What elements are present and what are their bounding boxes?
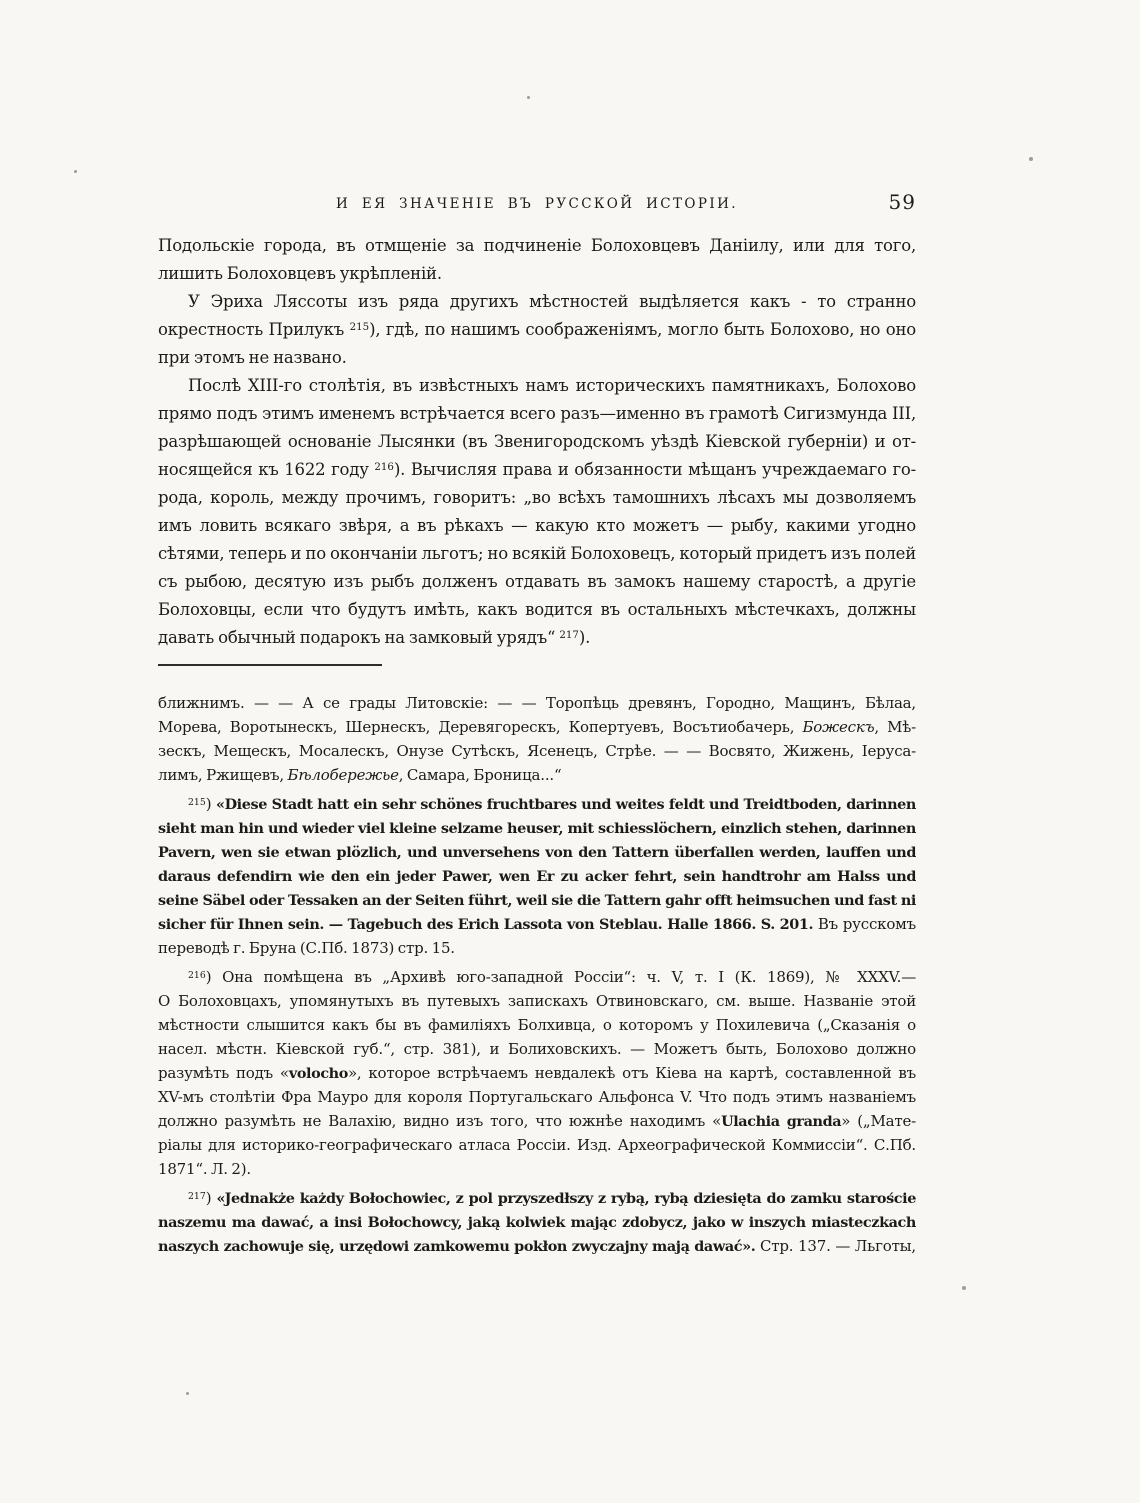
text-segment: ). Вычисляя права и обязанности мѣщанъ у…: [394, 460, 916, 479]
latin-text: sieht man hin und wieder viel kleine sel…: [158, 820, 916, 840]
scan-speck: [186, 1392, 189, 1395]
page-content: И ЕЯ ЗНАЧЕНІЕ ВЪ РУССКОЙ ИСТОРІИ. 59 Под…: [158, 196, 916, 1263]
text-segment: лимъ, Ржищевъ,: [158, 766, 288, 784]
scan-speck: [527, 96, 530, 99]
text-line: насел. мѣстн. Кіевской губ.“, стр. 381),…: [158, 1037, 916, 1061]
text-line: 1871“. Л. 2).: [158, 1157, 916, 1181]
text-line: Pavern, wen sie etwan plözlich, und unve…: [158, 840, 916, 864]
text-line: 216) Она помѣщена въ „Архивѣ юго-западно…: [158, 965, 916, 989]
text-segment: Болоховцы, если что будутъ имѣть, какъ в…: [158, 600, 916, 619]
text-line: У Эриха Ляссоты изъ ряда другихъ мѣстнос…: [158, 288, 916, 316]
latin-text: sicher für Ihnen sein. — Tagebuch des Er…: [158, 916, 813, 933]
scan-speck: [1029, 157, 1033, 161]
latin-text: seine Säbel oder Tessaken an der Seiten …: [158, 892, 916, 909]
text-segment: окрестность Прилукъ: [158, 320, 350, 339]
footnote-reference: 215: [188, 797, 206, 808]
body-text: Подольскіе города, въ отмщеніе за подчин…: [158, 232, 916, 652]
text-segment: XV-мъ столѣтіи Фра Мауро для короля Порт…: [158, 1088, 916, 1106]
text-segment: носящейся къ 1622 году: [158, 460, 374, 479]
text-segment: ), гдѣ, по нашимъ соображеніямъ, могло б…: [369, 320, 916, 339]
text-line: ближнимъ. — — А се грады Литовскіе: — — …: [158, 691, 916, 715]
text-line: прямо подъ этимъ именемъ встрѣчается все…: [158, 400, 916, 428]
text-line: sieht man hin und wieder viel kleine sel…: [158, 816, 916, 840]
text-segment: ).: [579, 628, 590, 647]
text-line: окрестность Прилукъ 215), гдѣ, по нашимъ…: [158, 316, 916, 344]
text-line: Морева, Воротынескъ, Шернескъ, Деревягор…: [158, 715, 916, 739]
text-segment: лишить Болоховцевъ укрѣпленій.: [158, 264, 442, 283]
text-line: сѣтями, теперь и по окончаніи льготъ; но…: [158, 540, 916, 568]
text-segment: Подольскіе города, въ отмщеніе за подчин…: [158, 236, 916, 260]
text-segment: Морева, Воротынескъ, Шернескъ, Деревягор…: [158, 718, 802, 736]
text-segment: разрѣшающей основаніе Лысянки (въ Звениг…: [158, 432, 916, 451]
footnote-reference: 216: [188, 970, 206, 981]
text-segment: рода, король, между прочимъ, говоритъ: „…: [158, 488, 916, 507]
text-segment: насел. мѣстн. Кіевской губ.“, стр. 381),…: [158, 1040, 916, 1058]
text-segment: зескъ, Мещескъ, Мосалескъ, Онузе Сутѣскъ…: [158, 742, 916, 760]
text-segment: сѣтями, теперь и по окончаніи льготъ; но…: [158, 544, 916, 563]
scan-speck: [962, 1286, 966, 1290]
scan-speck: [74, 170, 77, 173]
text-segment: разумѣть подъ «: [158, 1064, 289, 1082]
running-header-title: И ЕЯ ЗНАЧЕНІЕ ВЪ РУССКОЙ ИСТОРІИ.: [158, 196, 916, 212]
text-line: съ рыбою, десятую изъ рыбъ долженъ отдав…: [158, 568, 916, 596]
footnote-217: 217) «Jednakże każdy Bołochowiec, z pol …: [158, 1186, 916, 1258]
latin-text: Pavern, wen sie etwan plözlich, und unve…: [158, 844, 916, 864]
text-segment: прямо подъ этимъ именемъ встрѣчается все…: [158, 404, 916, 423]
paragraph-sigismund-charter: Послѣ XIII-го столѣтія, въ извѣстныхъ на…: [158, 372, 916, 652]
paragraph-continuation: Подольскіе города, въ отмщеніе за подчин…: [158, 232, 916, 288]
footnote-reference: 216: [374, 462, 394, 473]
running-header: И ЕЯ ЗНАЧЕНІЕ ВЪ РУССКОЙ ИСТОРІИ. 59: [158, 196, 916, 218]
text-line: XV-мъ столѣтіи Фра Мауро для короля Порт…: [158, 1085, 916, 1109]
text-line: 217) «Jednakże każdy Bołochowiec, z pol …: [158, 1186, 916, 1210]
latin-text: Ulachia granda: [721, 1113, 841, 1130]
text-line: naszemu ma dawać, a insi Bołochowcy, jak…: [158, 1210, 916, 1234]
text-segment: ): [206, 795, 216, 813]
text-line: переводѣ г. Бруна (С.Пб. 1873) стр. 15.: [158, 936, 916, 960]
text-line: зескъ, Мещескъ, Мосалескъ, Онузе Сутѣскъ…: [158, 739, 916, 763]
text-line: Болоховцы, если что будутъ имѣть, какъ в…: [158, 596, 916, 624]
footnote-215: 215) «Diese Stadt hatt ein sehr schönes …: [158, 792, 916, 960]
text-line: рода, король, между прочимъ, говоритъ: „…: [158, 484, 916, 512]
latin-text: «Jednakże każdy Bołochowiec, z pol przys…: [217, 1190, 916, 1207]
text-segment: ріалы для историко-географическаго атлас…: [158, 1136, 916, 1154]
text-line: seine Säbel oder Tessaken an der Seiten …: [158, 888, 916, 912]
text-line: daraus defendirn wie den ein jeder Pawer…: [158, 864, 916, 888]
text-line: Подольскіе города, въ отмщеніе за подчин…: [158, 232, 916, 260]
text-line: разрѣшающей основаніе Лысянки (въ Звениг…: [158, 428, 916, 456]
text-line: при этомъ не названо.: [158, 344, 916, 372]
text-segment: при этомъ не названо.: [158, 348, 347, 367]
text-segment: переводѣ г. Бруна (С.Пб. 1873) стр. 15.: [158, 939, 455, 957]
text-line: sicher für Ihnen sein. — Tagebuch des Er…: [158, 912, 916, 936]
text-line: ріалы для историко-географическаго атлас…: [158, 1133, 916, 1157]
footnote-separator-rule: [158, 664, 382, 666]
text-segment: Стр. 137. — Льготы,: [755, 1237, 916, 1255]
scanned-book-page: И ЕЯ ЗНАЧЕНІЕ ВЪ РУССКОЙ ИСТОРІИ. 59 Под…: [0, 0, 1140, 1503]
text-segment: ): [206, 1189, 217, 1207]
text-line: 215) «Diese Stadt hatt ein sehr schönes …: [158, 792, 916, 816]
text-line: лимъ, Ржищевъ, Бѣлобережье, Самара, Брон…: [158, 763, 916, 787]
italic-text: Божескъ: [802, 718, 874, 736]
text-line: носящейся къ 1622 году 216). Вычисляя пр…: [158, 456, 916, 484]
text-segment: », которое встрѣчаемъ невдалекѣ отъ Кіев…: [348, 1064, 916, 1082]
text-line: лишить Болоховцевъ укрѣпленій.: [158, 260, 916, 288]
text-segment: давать обычный подарокъ на замковый уряд…: [158, 628, 559, 647]
text-segment: У Эриха Ляссоты изъ ряда другихъ мѣстнос…: [188, 292, 916, 311]
text-line: должно разумѣть не Валахію, видно изъ то…: [158, 1109, 916, 1133]
footnotes: ближнимъ. — — А се грады Литовскіе: — — …: [158, 691, 916, 1258]
text-line: давать обычный подарокъ на замковый уряд…: [158, 624, 916, 652]
text-segment: должно разумѣть не Валахію, видно изъ то…: [158, 1112, 721, 1130]
text-line: разумѣть подъ «volocho», которое встрѣча…: [158, 1061, 916, 1085]
page-number: 59: [889, 190, 916, 214]
text-line: naszych zachowuje się, urzędowi zamkowem…: [158, 1234, 916, 1258]
text-segment: Послѣ XIII-го столѣтія, въ извѣстныхъ на…: [188, 376, 916, 395]
footnote-216: 216) Она помѣщена въ „Архивѣ юго-западно…: [158, 965, 916, 1181]
latin-text: naszemu ma dawać, a insi Bołochowcy, jak…: [158, 1214, 916, 1231]
text-segment: съ рыбою, десятую изъ рыбъ долженъ отдав…: [158, 572, 916, 591]
text-line: О Болоховцахъ, упомянутыхъ въ путевыхъ з…: [158, 989, 916, 1013]
latin-text: naszych zachowuje się, urzędowi zamkowem…: [158, 1238, 755, 1255]
latin-text: volocho: [289, 1065, 348, 1082]
text-segment: имъ ловить всякаго звѣря, а въ рѣкахъ — …: [158, 516, 916, 535]
footnote-reference: 217: [559, 630, 579, 641]
text-segment: ближнимъ. — — А се грады Литовскіе: — — …: [158, 694, 916, 712]
paragraph-lassota: У Эриха Ляссоты изъ ряда другихъ мѣстнос…: [158, 288, 916, 372]
latin-text: «Diese Stadt hatt ein sehr schönes fruch…: [216, 796, 916, 813]
text-segment: О Болоховцахъ, упомянутыхъ въ путевыхъ з…: [158, 992, 916, 1010]
footnote-continuation: ближнимъ. — — А се грады Литовскіе: — — …: [158, 691, 916, 787]
text-segment: , Мѣ-: [874, 718, 916, 736]
text-segment: » („Мате-: [841, 1112, 916, 1130]
text-line: Послѣ XIII-го столѣтія, въ извѣстныхъ на…: [158, 372, 916, 400]
latin-text: daraus defendirn wie den ein jeder Pawer…: [158, 868, 916, 885]
footnote-reference: 215: [350, 322, 370, 333]
text-segment: 1871“. Л. 2).: [158, 1160, 251, 1178]
footnote-reference: 217: [188, 1191, 206, 1202]
text-segment: Въ русскомъ: [813, 915, 916, 933]
text-segment: мѣстности слышится какъ бы въ фамиліяхъ …: [158, 1016, 916, 1034]
text-line: мѣстности слышится какъ бы въ фамиліяхъ …: [158, 1013, 916, 1037]
text-segment: , Самара, Броница...“: [399, 766, 562, 784]
italic-text: Бѣлобережье: [288, 766, 399, 784]
text-line: имъ ловить всякаго звѣря, а въ рѣкахъ — …: [158, 512, 916, 540]
text-segment: ) Она помѣщена въ „Архивѣ юго-западной Р…: [206, 968, 916, 986]
